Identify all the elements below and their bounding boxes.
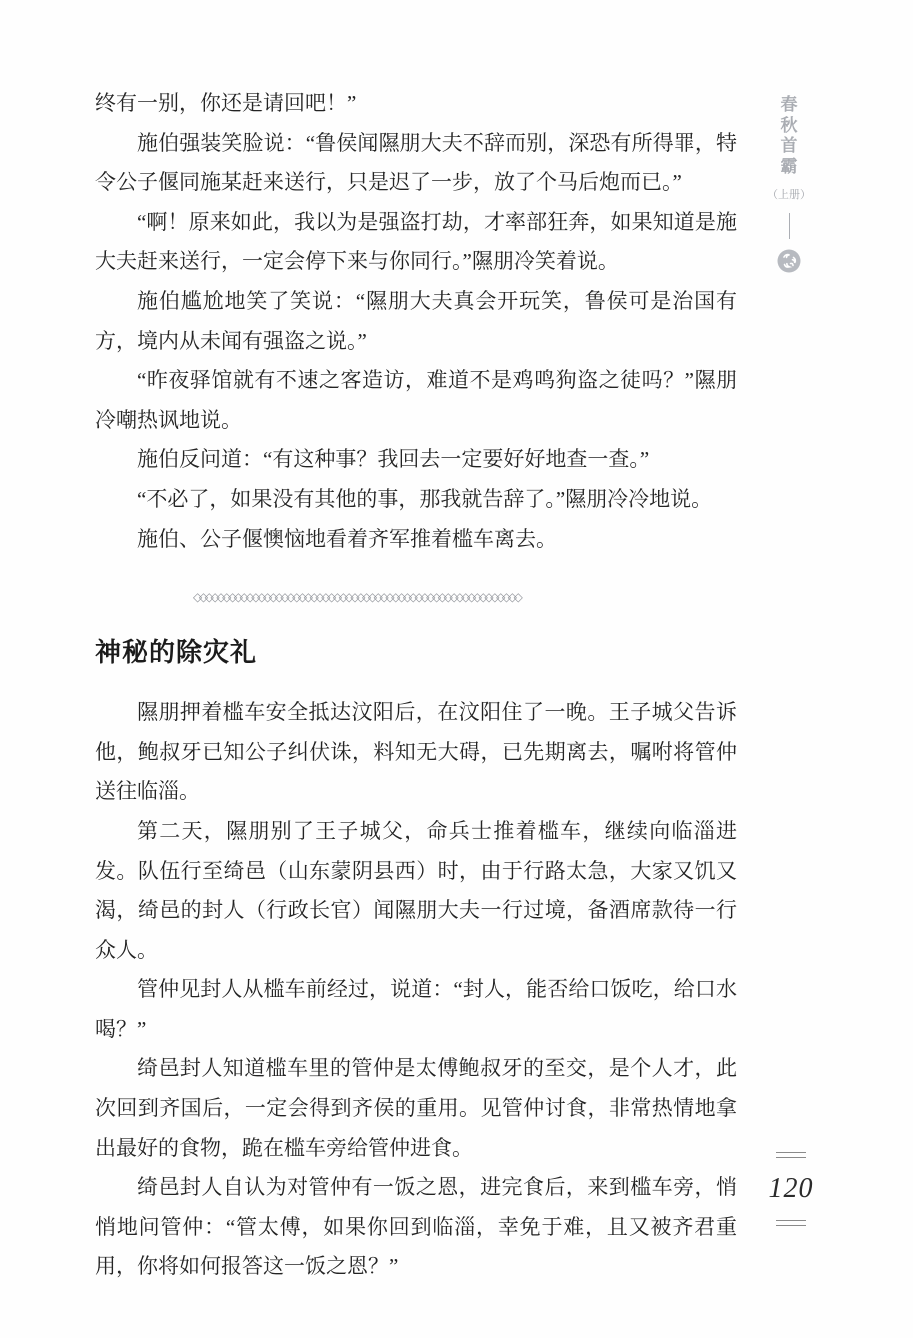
paragraph: “昨夜驿馆就有不速之客造访，难道不是鸡鸣狗盗之徒吗？”隰朋冷嘲热讽地说。: [95, 361, 737, 440]
paragraph: 终有一别，你还是请回吧！”: [95, 84, 737, 124]
margin-rule: [789, 213, 790, 239]
section-heading: 神秘的除灾礼: [95, 632, 737, 669]
cloud-seal-icon: [776, 248, 802, 274]
paragraph: “不必了，如果没有其他的事，那我就告辞了。”隰朋冷冷地说。: [95, 480, 737, 520]
paragraph: 施伯强装笑脸说：“鲁侯闻隰朋大夫不辞而别，深恐有所得罪，特令公子偃同施某赶来送行…: [95, 124, 737, 203]
paragraph: “啊！原来如此，我以为是强盗打劫，才率部狂奔，如果知道是施大夫赶来送行，一定会停…: [95, 203, 737, 282]
page-number: 120: [769, 1173, 814, 1205]
paragraph: 第二天，隰朋别了王子城父，命兵士推着槛车，继续向临淄进发。队伍行至绮邑（山东蒙阴…: [95, 812, 737, 970]
paragraph: 施伯尴尬地笑了笑说：“隰朋大夫真会开玩笑，鲁侯可是治国有方，境内从未闻有强盗之说…: [95, 282, 737, 361]
page-number-rule-bottom: [776, 1220, 806, 1226]
book-title-char: 首: [781, 136, 798, 157]
paragraph: 隰朋押着槛车安全抵达汶阳后，在汶阳住了一晚。王子城父告诉他，鲍叔牙已知公子纠伏诛…: [95, 693, 737, 812]
book-title-char: 秋: [781, 116, 798, 137]
page-body: 终有一别，你还是请回吧！” 施伯强装笑脸说：“鲁侯闻隰朋大夫不辞而别，深恐有所得…: [95, 84, 737, 1287]
paragraph: 绮邑封人知道槛车里的管仲是太傅鲍叔牙的至交，是个人才，此次回到齐国后，一定会得到…: [95, 1049, 737, 1168]
book-title-vertical: 春 秋 首 霸: [781, 95, 798, 177]
book-title-char: 春: [781, 95, 798, 116]
page-number-block: 120: [766, 1152, 816, 1226]
book-page: 终有一别，你还是请回吧！” 施伯强装笑脸说：“鲁侯闻隰朋大夫不辞而别，深恐有所得…: [0, 0, 913, 1338]
paragraph: 施伯反问道：“有这种事？我回去一定要好好地查一查。”: [95, 440, 737, 480]
book-title-char: 霸: [781, 157, 798, 178]
right-margin: 春 秋 首 霸 （上册）: [764, 95, 814, 274]
section-divider: ◇◇◇◇◇◇◇◇◇◇◇◇◇◇◇◇◇◇◇◇◇◇◇◇◇◇◇◇◇◇◇◇◇◇◇◇◇◇◇◇…: [193, 586, 643, 608]
volume-label: （上册）: [767, 186, 811, 202]
page-number-rule-top: [776, 1152, 806, 1158]
paragraph: 施伯、公子偃懊恼地看着齐军推着槛车离去。: [95, 520, 737, 560]
paragraph: 管仲见封人从槛车前经过，说道：“封人，能否给口饭吃，给口水喝？”: [95, 970, 737, 1049]
paragraph: 绮邑封人自认为对管仲有一饭之恩，进完食后，来到槛车旁，悄悄地问管仲：“管太傅，如…: [95, 1168, 737, 1287]
